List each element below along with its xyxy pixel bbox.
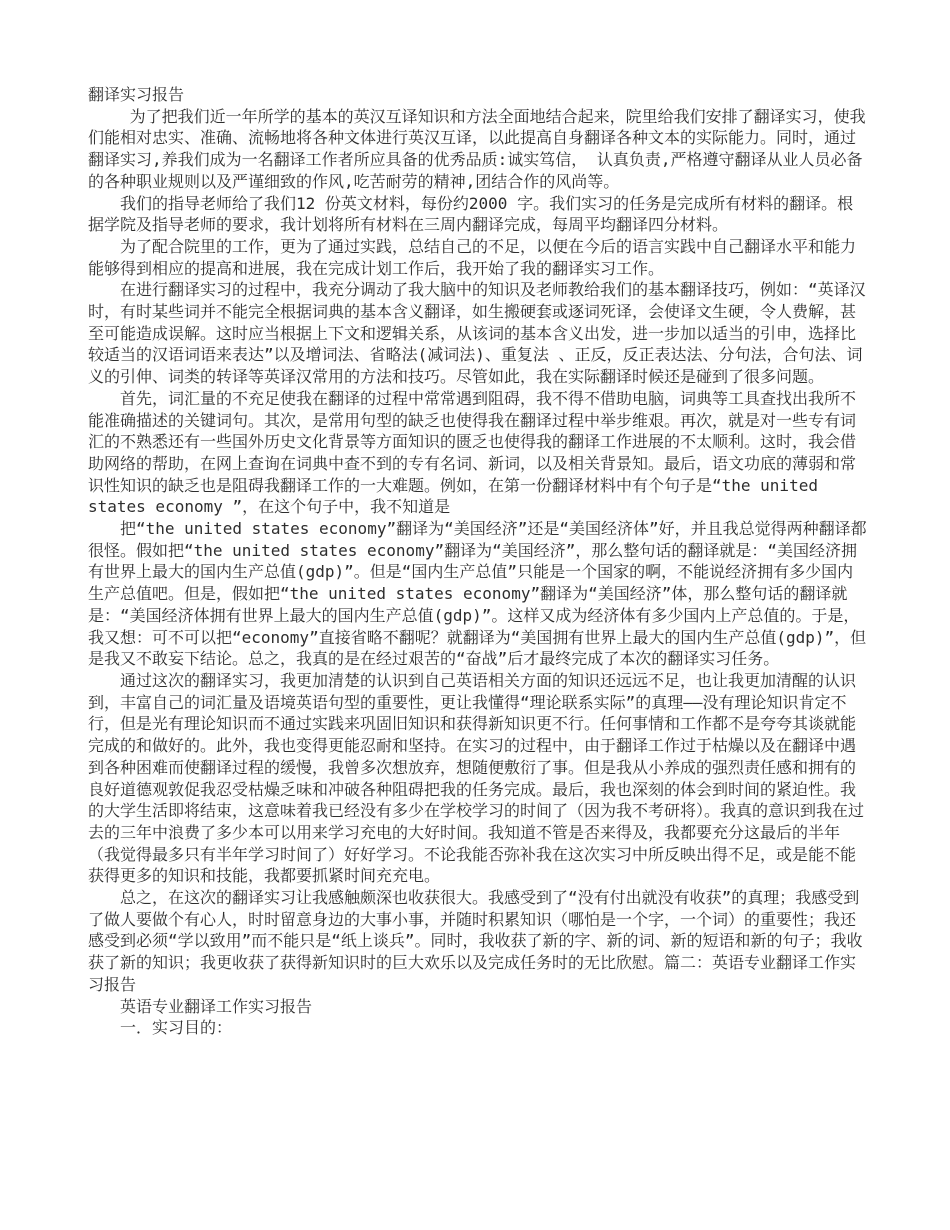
paragraph: 在进行翻译实习的过程中，我充分调动了我大脑中的知识及老师教给我们的基本翻译技巧，… [88,279,867,388]
page: { "document": { "background_color": "#ff… [0,0,950,1230]
document-title: 翻译实习报告 [88,84,867,106]
paragraph: 为了把我们近一年所学的基本的英汉互译知识和方法全面地结合起来，院里给我们安排了翻… [88,106,867,193]
paragraph: 为了配合院里的工作，更为了通过实践，总结自己的不足，以便在今后的语言实践中自己翻… [88,236,867,279]
paragraph: 一．实习目的： [88,1017,867,1039]
document-body: 为了把我们近一年所学的基本的英汉互译知识和方法全面地结合起来，院里给我们安排了翻… [88,106,867,1039]
paragraph: 把“the united states economy”翻译为“美国经济”还是“… [88,518,867,670]
paragraph: 总之，在这次的翻译实习让我感触颇深也收获很大。我感受到了“没有付出就没有收获”的… [88,887,867,996]
document: 翻译实习报告 为了把我们近一年所学的基本的英汉互译知识和方法全面地结合起来，院里… [88,84,867,1039]
paragraph: 首先，词汇量的不充足使我在翻译的过程中常常遇到阻碍，我不得不借助电脑，词典等工具… [88,388,867,518]
paragraph: 我们的指导老师给了我们12 份英文材料，每份约2000 字。我们实习的任务是完成… [88,193,867,236]
paragraph: 通过这次的翻译实习，我更加清楚的认识到自己英语相关方面的知识还远远不足，也让我更… [88,670,867,887]
paragraph: 英语专业翻译工作实习报告 [88,996,867,1018]
